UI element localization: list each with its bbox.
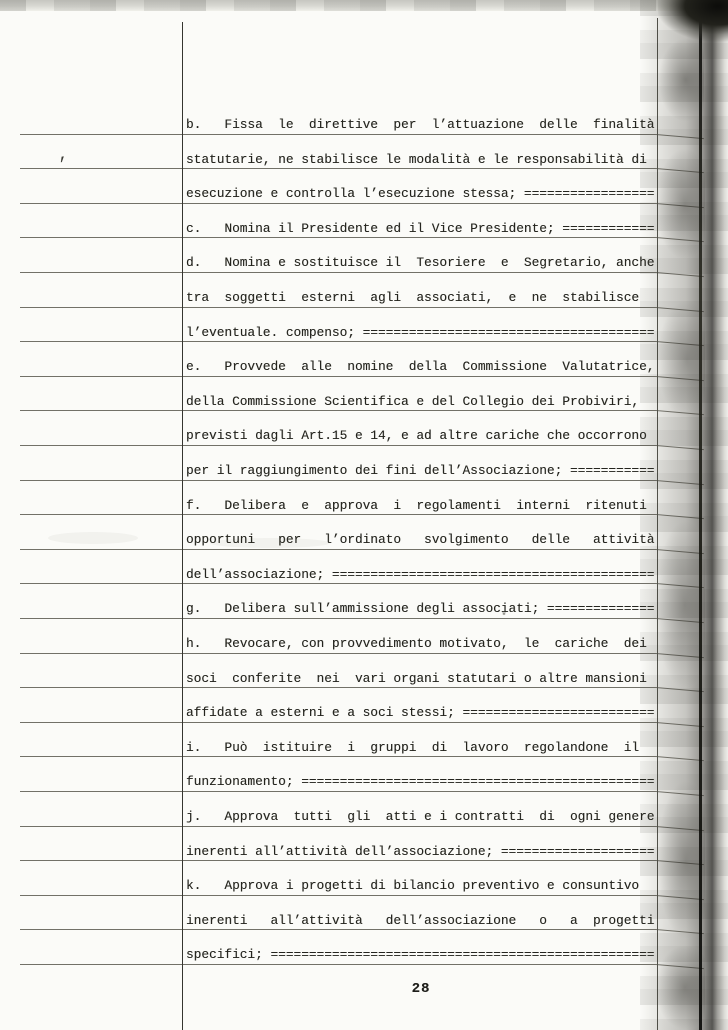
page-number: 28 [186, 981, 656, 997]
scan-top-edge-artifact [0, 0, 728, 11]
scan-smudge [48, 532, 138, 544]
text-line: j. Approva tutti gli atti e i contratti … [186, 809, 654, 825]
ruled-line [20, 203, 656, 204]
ruled-line [20, 618, 656, 619]
scan-corner-shadow [658, 0, 728, 50]
ruled-line [20, 929, 656, 930]
ruled-line [20, 722, 656, 723]
text-line: tra soggetti esterni agli associati, e n… [186, 290, 639, 306]
text-line: h. Revocare, con provvedimento motivato,… [186, 636, 647, 652]
ruled-line [20, 307, 656, 308]
ruled-line [20, 376, 656, 377]
text-line: g. Delibera sull’ammissione degli associ… [186, 601, 654, 617]
text-line: inerenti all’attività dell’associazione … [186, 913, 654, 929]
text-line: b. Fissa le direttive per l’attuazione d… [186, 117, 654, 133]
scan-binding-crease-line [699, 0, 702, 1030]
text-line: f. Delibera e approva i regolamenti inte… [186, 498, 647, 514]
ruled-line [20, 826, 656, 827]
ruled-line [20, 410, 656, 411]
ruled-line [20, 756, 656, 757]
text-line: funzionamento; =========================… [186, 774, 654, 790]
ruled-line [20, 583, 656, 584]
text-line: e. Provvede alle nomine della Commission… [186, 359, 654, 375]
text-line: statutarie, ne stabilisce le modalità e … [186, 152, 647, 168]
handwritten-margin-mark: , [57, 146, 69, 166]
text-line: c. Nomina il Presidente ed il Vice Presi… [186, 221, 654, 237]
ruled-line [20, 237, 656, 238]
scan-smudge [210, 538, 330, 548]
ruled-line [20, 549, 656, 550]
scan-binding-shadow [640, 0, 728, 1030]
ruled-line [20, 272, 656, 273]
ruled-line [20, 341, 656, 342]
text-line: soci conferite nei vari organi statutari… [186, 671, 647, 687]
text-line: esecuzione e controlla l’esecuzione stes… [186, 186, 654, 202]
text-line: specifici; =============================… [186, 947, 654, 963]
text-line: d. Nomina e sostituisce il Tesoriere e S… [186, 255, 654, 271]
text-line: k. Approva i progetti di bilancio preven… [186, 878, 639, 894]
text-line: i. Può istituire i gruppi di lavoro rego… [186, 740, 639, 756]
ruled-line [20, 791, 656, 792]
ruled-line [20, 895, 656, 896]
text-line: previsti dagli Art.15 e 14, e ad altre c… [186, 428, 647, 444]
text-line: per il raggiungimento dei fini dell’Asso… [186, 463, 654, 479]
ruled-line [20, 860, 656, 861]
ruled-line [20, 134, 656, 135]
ink-speck-artifact: * [501, 612, 507, 623]
text-line: della Commissione Scientifica e del Coll… [186, 394, 639, 410]
text-line: affidate a esterni e a soci stessi; ====… [186, 705, 654, 721]
ruled-line [20, 514, 656, 515]
text-line: l’eventuale. compenso; =================… [186, 325, 654, 341]
ruled-line [20, 480, 656, 481]
ruled-line [20, 964, 656, 965]
ruled-line [20, 653, 656, 654]
scanned-document-page: b. Fissa le direttive per l’attuazione d… [0, 0, 728, 1030]
text-line: inerenti all’attività dell’associazione;… [186, 844, 654, 860]
ruled-line [20, 445, 656, 446]
ruled-line [20, 168, 656, 169]
text-line: dell’associazione; =====================… [186, 567, 654, 583]
ruled-line [20, 687, 656, 688]
left-margin-line [182, 22, 183, 1030]
